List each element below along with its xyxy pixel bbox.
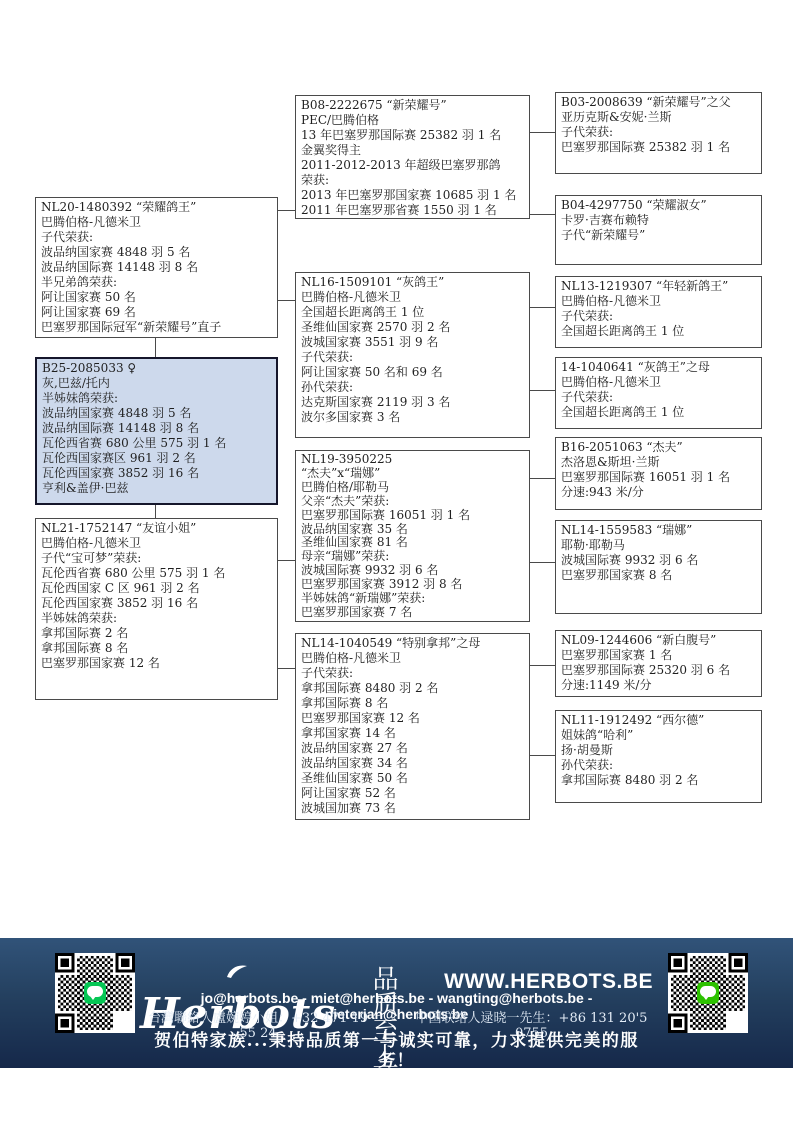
pedigree-line: 波品纳国际赛 14148 羽 8 名 — [42, 421, 271, 436]
pedigree-line: 全国超长距离鸽王 1 位 — [561, 405, 756, 420]
pedigree-line: 波城国际赛 9932 羽 6 名 — [561, 553, 756, 568]
pedigree-line: 子代荣获: — [561, 390, 756, 405]
pedigree-line: 波城国家赛 3551 羽 9 名 — [301, 335, 524, 350]
pedigree-line: 全国超长距离鸽王 1 位 — [301, 305, 524, 320]
pedigree-line: 巴塞罗那国际赛 25382 羽 1 名 — [561, 140, 756, 155]
pedigree-line: 巴塞罗那国家赛 7 名 — [301, 606, 524, 620]
pedigree-box-nl13: NL13-1219307 “年轻新鸽王”巴腾伯格-凡德米卫子代荣获:全国超长距离… — [555, 276, 762, 348]
pedigree-box-14-1040641: 14-1040641 “灰鸽王”之母巴腾伯格-凡德米卫子代荣获:全国超长距离鸽王… — [555, 357, 762, 429]
pedigree-box-nl16: NL16-1509101 “灰鸽王”巴腾伯格-凡德米卫全国超长距离鸽王 1 位圣… — [295, 272, 530, 438]
pedigree-line: B16-2051063 “杰夫” — [561, 440, 756, 455]
pedigree-line: 半姊妹鸽荣获: — [42, 391, 271, 406]
pedigree-line: NL19-3950225 — [301, 453, 524, 467]
pedigree-page: NL20-1480392 “荣耀鸽王”巴腾伯格-凡德米卫子代荣获:波品纳国家赛 … — [0, 0, 793, 1122]
pedigree-line: 圣维仙国家赛 2570 羽 2 名 — [301, 320, 524, 335]
pedigree-box-nl19: NL19-3950225“杰夫”x“瑞娜”巴腾伯格/耶勒马父亲“杰夫”荣获:巴塞… — [295, 450, 530, 622]
connector-line — [155, 505, 156, 518]
pedigree-line: 父亲“杰夫”荣获: — [301, 495, 524, 509]
pedigree-line: NL11-1912492 “西尔德” — [561, 713, 756, 728]
pedigree-line: 分速:943 米/分 — [561, 485, 756, 500]
pedigree-line: 拿邦国际赛 8480 羽 2 名 — [561, 773, 756, 788]
pedigree-line: 13 年巴塞罗那国际赛 25382 羽 1 名 — [301, 128, 524, 143]
pedigree-line: 瓦伦西国家赛区 961 羽 2 名 — [42, 451, 271, 466]
pedigree-line: 巴塞罗那国家赛 8 名 — [561, 568, 756, 583]
pedigree-line: 巴塞罗那国家赛 12 名 — [41, 656, 272, 671]
pedigree-line: 半兄弟鸽荣获: — [41, 275, 272, 290]
pedigree-line: 波品纳国家赛 4848 羽 5 名 — [41, 245, 272, 260]
pedigree-line: 巴塞罗那国家赛 12 名 — [301, 711, 524, 726]
pedigree-line: 子代荣获: — [301, 666, 524, 681]
pedigree-line: 耶勒·耶勒马 — [561, 538, 756, 553]
pedigree-line: 巴腾伯格-凡德米卫 — [561, 294, 756, 309]
pedigree-line: 荣获: — [301, 173, 524, 188]
pedigree-line: B04-4297750 “荣耀淑女” — [561, 198, 756, 213]
pedigree-line: 拿邦国际赛 8 名 — [41, 641, 272, 656]
pedigree-line: 亨利&盖伊·巴兹 — [42, 481, 271, 496]
pedigree-line: NL21-1752147 “友谊小姐” — [41, 521, 272, 536]
pedigree-line: NL16-1509101 “灰鸽王” — [301, 275, 524, 290]
pedigree-box-b08: B08-2222675 “新荣耀号”PEC/巴腾伯格13 年巴塞罗那国际赛 25… — [295, 95, 530, 219]
pedigree-line: 圣维仙国家赛 50 名 — [301, 771, 524, 786]
pedigree-line: 巴塞罗那国际赛 25320 羽 6 名 — [561, 663, 756, 678]
pedigree-line: 全国超长距离鸽王 1 位 — [561, 324, 756, 339]
pedigree-line: 巴腾伯格-凡德米卫 — [41, 215, 272, 230]
pedigree-line: PEC/巴腾伯格 — [301, 113, 524, 128]
qr-code-line — [55, 953, 135, 1033]
pedigree-line: 巴腾伯格-凡德米卫 — [561, 375, 756, 390]
pedigree-line: 巴塞罗那国家赛 3912 羽 8 名 — [301, 578, 524, 592]
pedigree-line: 姐妹鸽“哈利” — [561, 728, 756, 743]
pedigree-line: 孙代荣获: — [301, 380, 524, 395]
pedigree-line: 子代荣获: — [41, 230, 272, 245]
footer-banner: Herbots 品质至上 WWW.HERBOTS.BE jo@herbots.b… — [0, 938, 793, 1068]
qr-code-wechat — [668, 953, 748, 1033]
connector-line — [530, 665, 555, 666]
pedigree-box-nl20-sire: NL20-1480392 “荣耀鸽王”巴腾伯格-凡德米卫子代荣获:波品纳国家赛 … — [35, 197, 278, 338]
pedigree-line: 分速:1149 米/分 — [561, 678, 756, 693]
pedigree-box-b03: B03-2008639 “新荣耀号”之父亚历克斯&安妮·兰斯子代荣获:巴塞罗那国… — [555, 92, 762, 174]
pedigree-line: NL13-1219307 “年轻新鸽王” — [561, 279, 756, 294]
pedigree-line: 扬·胡曼斯 — [561, 743, 756, 758]
connector-line — [530, 307, 555, 308]
pedigree-line: NL09-1244606 “新白腹号” — [561, 633, 756, 648]
pedigree-line: B03-2008639 “新荣耀号”之父 — [561, 95, 756, 110]
pedigree-line: 拿邦国际赛 2 名 — [41, 626, 272, 641]
pedigree-line: 拿邦国际赛 8480 羽 2 名 — [301, 681, 524, 696]
pedigree-line: 子代荣获: — [561, 125, 756, 140]
connector-line — [278, 210, 295, 211]
pedigree-line: 阿让国家赛 52 名 — [301, 786, 524, 801]
connector-line — [278, 668, 295, 669]
pedigree-line: 2011 年巴塞罗那省赛 1550 羽 1 名 — [301, 203, 524, 218]
pedigree-line: 波品纳国际赛 14148 羽 8 名 — [41, 260, 272, 275]
connector-line — [155, 338, 156, 357]
pedigree-line: 灰,巴兹/托内 — [42, 376, 271, 391]
pedigree-line: 子代“新荣耀号” — [561, 228, 756, 243]
pedigree-line: 卡罗·吉赛布赖特 — [561, 213, 756, 228]
pedigree-box-nl11: NL11-1912492 “西尔德”姐妹鸽“哈利”扬·胡曼斯孙代荣获:拿邦国际赛… — [555, 710, 762, 803]
connector-line — [530, 755, 555, 756]
pedigree-line: 巴塞罗那国际冠军“新荣耀号”直子 — [41, 320, 272, 335]
pedigree-line: 波尔多国家赛 3 名 — [301, 410, 524, 425]
pedigree-line: NL20-1480392 “荣耀鸽王” — [41, 200, 272, 215]
pedigree-line: 阿让国家赛 50 名 — [41, 290, 272, 305]
connector-line — [278, 560, 295, 561]
line-icon — [84, 982, 106, 1004]
pedigree-line: B25-2085033 ♀ — [42, 361, 271, 376]
pedigree-line: 巴腾伯格-凡德米卫 — [41, 536, 272, 551]
pedigree-box-b16: B16-2051063 “杰夫”杰洛恩&斯坦·兰斯巴塞罗那国际赛 16051 羽… — [555, 437, 762, 510]
pedigree-line: 巴塞罗那国家赛 1 名 — [561, 648, 756, 663]
pedigree-line: 瓦伦西省赛 680 公里 575 羽 1 名 — [41, 566, 272, 581]
wechat-icon — [697, 982, 719, 1004]
pedigree-line: 2011-2012-2013 年超级巴塞罗那鸽 — [301, 158, 524, 173]
pedigree-box-nl09: NL09-1244606 “新白腹号”巴塞罗那国家赛 1 名巴塞罗那国际赛 25… — [555, 630, 762, 697]
pedigree-line: 半姊妹鸽“新瑞娜”荣获: — [301, 592, 524, 606]
pedigree-line: 巴塞罗那国际赛 16051 羽 1 名 — [561, 470, 756, 485]
pedigree-line: 阿让国家赛 50 名和 69 名 — [301, 365, 524, 380]
pedigree-line: 瓦伦西国家 C 区 961 羽 2 名 — [41, 581, 272, 596]
footer-website: WWW.HERBOTS.BE — [444, 971, 653, 992]
pedigree-line: 阿让国家赛 69 名 — [41, 305, 272, 320]
pedigree-box-nl21-dam: NL21-1752147 “友谊小姐”巴腾伯格-凡德米卫子代“宝可梦”荣获:瓦伦… — [35, 518, 278, 700]
connector-line — [278, 300, 295, 301]
pedigree-line: 子代荣获: — [301, 350, 524, 365]
pedigree-box-nl14-1559583: NL14-1559583 “瑞娜”耶勒·耶勒马波城国际赛 9932 羽 6 名巴… — [555, 520, 762, 614]
connector-line — [530, 214, 555, 215]
connector-line — [530, 562, 555, 563]
connector-line — [530, 132, 555, 133]
pedigree-line: 孙代荣获: — [561, 758, 756, 773]
pedigree-line: 瓦伦西省赛 680 公里 575 羽 1 名 — [42, 436, 271, 451]
pedigree-line: 亚历克斯&安妮·兰斯 — [561, 110, 756, 125]
pedigree-line: 波城国加赛 73 名 — [301, 801, 524, 816]
pedigree-line: 波品纳国家赛 27 名 — [301, 741, 524, 756]
pedigree-line: B08-2222675 “新荣耀号” — [301, 98, 524, 113]
pedigree-box-b25-subject: B25-2085033 ♀灰,巴兹/托内半姊妹鸽荣获:波品纳国家赛 4848 羽… — [35, 357, 278, 505]
pedigree-box-b04: B04-4297750 “荣耀淑女”卡罗·吉赛布赖特子代“新荣耀号” — [555, 195, 762, 265]
pedigree-line: 子代荣获: — [561, 309, 756, 324]
pedigree-line: 拿邦国家赛 14 名 — [301, 726, 524, 741]
footer-slogan: 贺伯特家族...秉持品质第一与诚实可靠，力求提供完美的服务！ — [140, 1031, 653, 1071]
pedigree-line: NL14-1040549 “特别拿邦”之母 — [301, 636, 524, 651]
pedigree-line: 波品纳国家赛 34 名 — [301, 756, 524, 771]
pedigree-line: 巴腾伯格/耶勒马 — [301, 481, 524, 495]
pedigree-line: 杰洛恩&斯坦·兰斯 — [561, 455, 756, 470]
pedigree-line: 拿邦国际赛 8 名 — [301, 696, 524, 711]
pedigree-line: 巴塞罗那国际赛 16051 羽 1 名 — [301, 509, 524, 523]
pedigree-line: “杰夫”x“瑞娜” — [301, 467, 524, 481]
pedigree-line: 瓦伦西国家赛 3852 羽 16 名 — [42, 466, 271, 481]
pedigree-line: 波品纳国家赛 4848 羽 5 名 — [42, 406, 271, 421]
pedigree-line: NL14-1559583 “瑞娜” — [561, 523, 756, 538]
pedigree-line: 瓦伦西国家赛 3852 羽 16 名 — [41, 596, 272, 611]
connector-line — [530, 478, 555, 479]
pedigree-line: 巴腾伯格-凡德米卫 — [301, 651, 524, 666]
connector-line — [530, 390, 555, 391]
pedigree-line: 2013 年巴塞罗那国家赛 10685 羽 1 名 — [301, 188, 524, 203]
pedigree-line: 巴腾伯格-凡德米卫 — [301, 290, 524, 305]
pedigree-line: 达克斯国家赛 2119 羽 3 名 — [301, 395, 524, 410]
pedigree-box-nl14-dam: NL14-1040549 “特别拿邦”之母巴腾伯格-凡德米卫子代荣获:拿邦国际赛… — [295, 633, 530, 820]
pedigree-line: 子代“宝可梦”荣获: — [41, 551, 272, 566]
pedigree-line: 半姊妹鸽荣获: — [41, 611, 272, 626]
pedigree-line: 14-1040641 “灰鸽王”之母 — [561, 360, 756, 375]
feather-icon — [226, 946, 248, 986]
pedigree-line: 金翼奖得主 — [301, 143, 524, 158]
